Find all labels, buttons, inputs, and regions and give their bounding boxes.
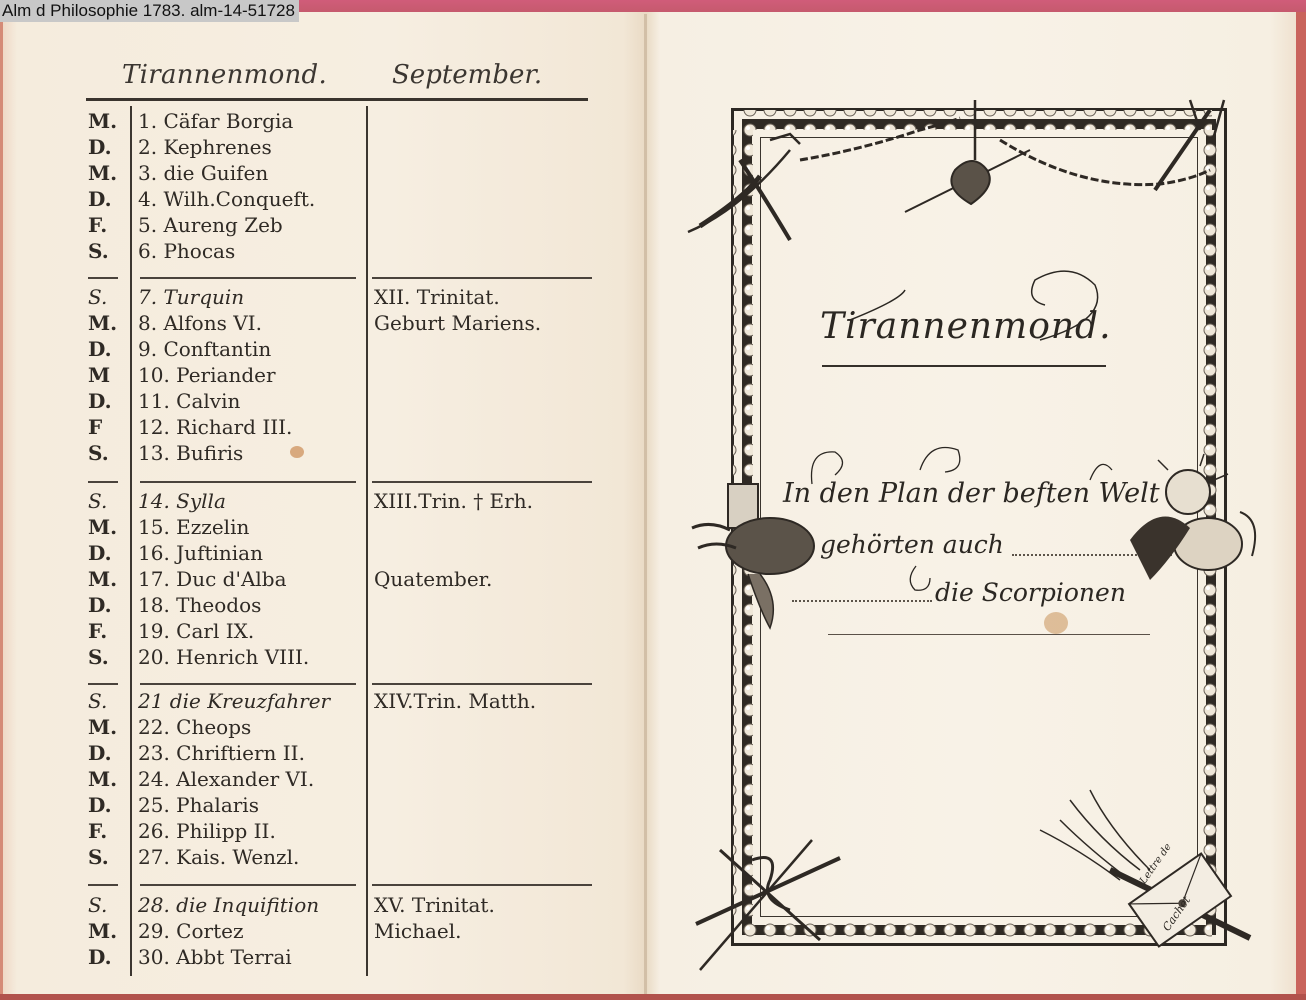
- foxing-stain: [1044, 612, 1068, 634]
- lettre-de-cachet-envelope-icon: [0, 0, 1306, 1000]
- image-caption: Alm d Philosophie 1783. alm-14-51728: [0, 0, 299, 22]
